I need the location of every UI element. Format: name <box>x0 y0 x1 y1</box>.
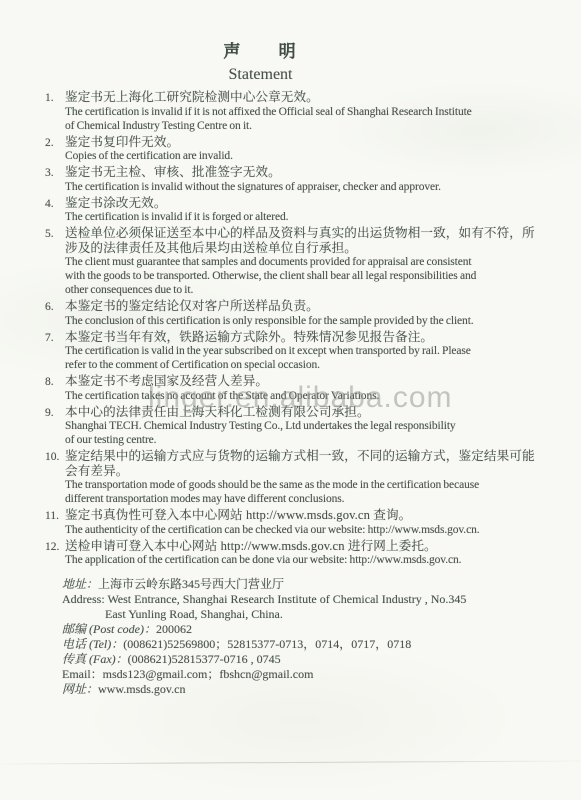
paper-fold-line <box>0 760 581 764</box>
footer-fax-label: 传真 (Fax)： <box>62 652 128 666</box>
statement-item: 9.本中心的法律责任由上海天科化工检测有限公司承担。Shanghai TECH.… <box>45 405 540 448</box>
item-text-en: The conclusion of this certification is … <box>65 314 540 328</box>
statement-document-page: 声 明 Statement 1.鉴定书无上海化工研究院检测中心公章无效。The … <box>0 0 581 800</box>
statement-item: 11.鉴定书真伪性可登入本中心网站 http://www.msds.gov.cn… <box>45 508 540 537</box>
footer-tel: 电话 (Tel)：(008621)52569800；52815377-0713，… <box>62 637 541 652</box>
item-body: 送检申请可登入本中心网站 http://www.msds.gov.cn 进行网上… <box>65 539 540 568</box>
footer-postcode-value: 200062 <box>156 622 192 636</box>
statement-item: 10.鉴定结果中的运输方式应与货物的运输方式相一致，不同的运输方式，鉴定结果可能… <box>45 449 540 506</box>
statement-items-list: 1.鉴定书无上海化工研究院检测中心公章无效。The certification … <box>45 90 540 567</box>
footer-address-zh-value: 上海市云岭东路345号西大门营业厅 <box>98 577 284 591</box>
item-text-zh: 送检单位必须保证送至本中心的样品及资料与真实的出运货物相一致，如有不符，所 涉及… <box>65 226 540 255</box>
item-text-zh: 本鉴定书不考虑国家及经营人差异。 <box>65 374 540 389</box>
item-text-zh: 送检申请可登入本中心网站 http://www.msds.gov.cn 进行网上… <box>65 539 540 554</box>
footer-email: Email：msds123@gmail.com；fbshcn@gmail.com <box>62 667 541 682</box>
item-text-zh: 鉴定结果中的运输方式应与货物的运输方式相一致，不同的运输方式，鉴定结果可能 会有… <box>65 449 540 478</box>
item-number: 11. <box>45 508 65 537</box>
footer-postcode-label: 邮编 (Post code)： <box>62 622 156 636</box>
footer-address-en-line1: Address: West Entrance, Shanghai Researc… <box>62 592 541 607</box>
item-text-zh: 鉴定书无上海化工研究院检测中心公章无效。 <box>65 90 540 105</box>
item-text-zh: 本鉴定书当年有效，铁路运输方式除外。特殊情况参见报告备注。 <box>65 330 540 345</box>
item-text-en: The client must guarantee that samples a… <box>65 255 540 297</box>
footer-address-zh-label: 地址： <box>62 577 98 591</box>
statement-item: 1.鉴定书无上海化工研究院检测中心公章无效。The certification … <box>45 90 540 133</box>
item-number: 6. <box>45 299 65 328</box>
item-text-en: The certification is invalid without the… <box>65 180 540 194</box>
footer-fax-value: (008621)52815377-0716 , 0745 <box>128 652 281 666</box>
footer-website: 网址：www.msds.gov.cn <box>62 682 541 697</box>
item-text-zh: 本鉴定书的鉴定结论仅对客户所送样品负责。 <box>65 299 540 314</box>
statement-item: 8.本鉴定书不考虑国家及经营人差异。The certification take… <box>45 374 540 403</box>
item-number: 1. <box>45 90 65 133</box>
page-title-zh: 声 明 <box>0 42 521 62</box>
item-text-en: The application of the certification can… <box>65 553 540 567</box>
item-number: 10. <box>45 449 65 506</box>
item-text-zh: 鉴定书涂改无效。 <box>65 196 540 211</box>
footer-fax: 传真 (Fax)：(008621)52815377-0716 , 0745 <box>62 652 541 667</box>
item-text-en: The certification is valid in the year s… <box>65 344 540 372</box>
footer-tel-value: (008621)52569800；52815377-0713，0714，0717… <box>123 637 411 651</box>
item-body: 鉴定书无主检、审核、批准签字无效。The certification is in… <box>65 165 540 194</box>
item-text-zh: 鉴定书复印件无效。 <box>65 135 540 150</box>
item-number: 9. <box>45 405 65 448</box>
item-text-en: The transportation mode of goods should … <box>65 478 540 506</box>
statement-item: 4.鉴定书涂改无效。The certification is invalid i… <box>45 196 540 225</box>
item-text-en: Shanghai TECH. Chemical Industry Testing… <box>65 419 540 447</box>
footer-postcode: 邮编 (Post code)：200062 <box>62 622 541 637</box>
item-body: 鉴定书涂改无效。The certification is invalid if … <box>65 196 540 225</box>
item-text-en: The certification takes no account of th… <box>65 389 540 403</box>
statement-item: 7.本鉴定书当年有效，铁路运输方式除外。特殊情况参见报告备注。The certi… <box>45 330 540 373</box>
item-body: 送检单位必须保证送至本中心的样品及资料与真实的出运货物相一致，如有不符，所 涉及… <box>65 226 540 297</box>
item-text-en: The certification is invalid if it is no… <box>65 105 540 133</box>
item-text-en: The certification is invalid if it is fo… <box>65 210 540 224</box>
statement-item: 2.鉴定书复印件无效。Copies of the certification a… <box>45 135 540 164</box>
item-body: 本鉴定书不考虑国家及经营人差异。The certification takes … <box>65 374 540 403</box>
footer-address-en-line2: East Yunling Road, Shanghai, China. <box>62 607 541 622</box>
item-body: 本鉴定书当年有效，铁路运输方式除外。特殊情况参见报告备注。The certifi… <box>65 330 540 373</box>
item-body: 鉴定书无上海化工研究院检测中心公章无效。The certification is… <box>65 90 540 133</box>
item-body: 本鉴定书的鉴定结论仅对客户所送样品负责。The conclusion of th… <box>65 299 540 328</box>
item-text-zh: 鉴定书真伪性可登入本中心网站 http://www.msds.gov.cn 查询… <box>65 508 540 523</box>
statement-item: 6.本鉴定书的鉴定结论仅对客户所送样品负责。The conclusion of … <box>45 299 540 328</box>
item-number: 12. <box>45 539 65 568</box>
statement-item: 12.送检申请可登入本中心网站 http://www.msds.gov.cn 进… <box>45 539 540 568</box>
item-text-zh: 本中心的法律责任由上海天科化工检测有限公司承担。 <box>65 405 540 420</box>
footer-website-label: 网址： <box>62 682 98 696</box>
item-text-en: Copies of the certification are invalid. <box>65 149 540 163</box>
item-number: 2. <box>45 135 65 164</box>
footer-email-label: Email： <box>62 667 103 681</box>
footer-website-value: www.msds.gov.cn <box>98 682 185 696</box>
item-text-zh: 鉴定书无主检、审核、批准签字无效。 <box>65 165 540 180</box>
item-number: 7. <box>45 330 65 373</box>
item-body: 鉴定书真伪性可登入本中心网站 http://www.msds.gov.cn 查询… <box>65 508 540 537</box>
item-text-en: The authenticity of the certification ca… <box>65 523 540 537</box>
item-number: 4. <box>45 196 65 225</box>
item-number: 3. <box>45 165 65 194</box>
item-body: 本中心的法律责任由上海天科化工检测有限公司承担。Shanghai TECH. C… <box>65 405 540 448</box>
page-title-en: Statement <box>0 65 521 84</box>
footer-address-zh: 地址：上海市云岭东路345号西大门营业厅 <box>62 577 541 592</box>
contact-footer: 地址：上海市云岭东路345号西大门营业厅 Address: West Entra… <box>62 577 541 697</box>
item-body: 鉴定结果中的运输方式应与货物的运输方式相一致，不同的运输方式，鉴定结果可能 会有… <box>65 449 540 506</box>
item-number: 5. <box>45 226 65 297</box>
item-body: 鉴定书复印件无效。Copies of the certification are… <box>65 135 540 164</box>
statement-item: 5.送检单位必须保证送至本中心的样品及资料与真实的出运货物相一致，如有不符，所 … <box>45 226 540 297</box>
footer-tel-label: 电话 (Tel)： <box>62 637 123 651</box>
footer-email-value: msds123@gmail.com；fbshcn@gmail.com <box>103 667 314 681</box>
statement-item: 3.鉴定书无主检、审核、批准签字无效。The certification is … <box>45 165 540 194</box>
item-number: 8. <box>45 374 65 403</box>
